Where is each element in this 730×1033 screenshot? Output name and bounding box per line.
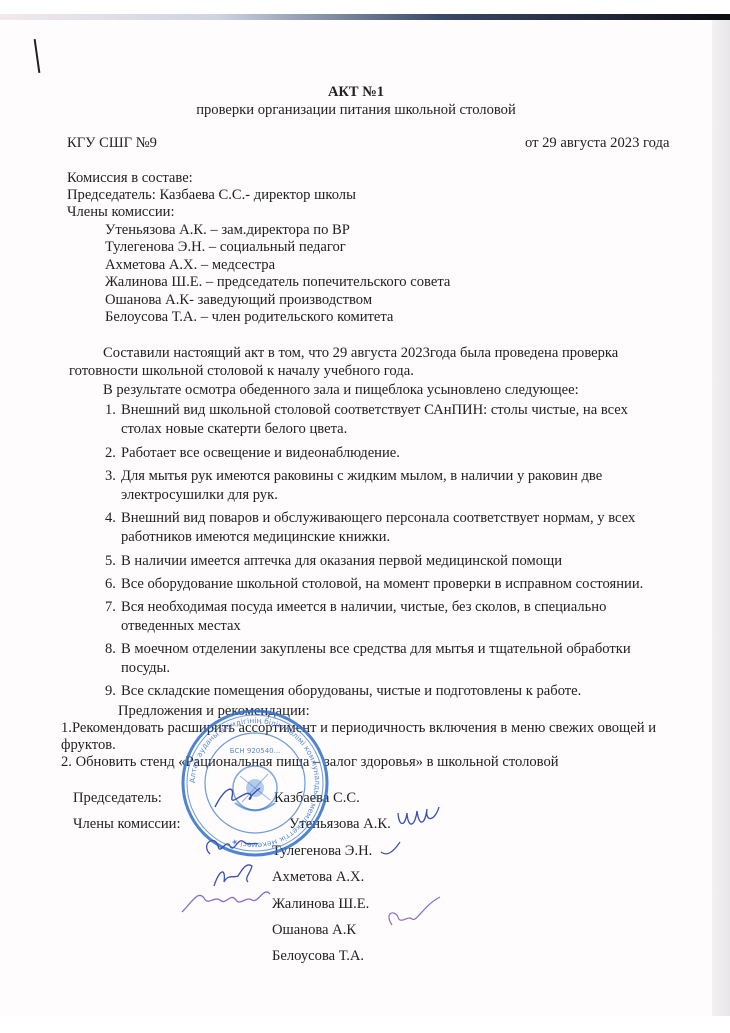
commission-heading: Комиссия в составе: (67, 169, 193, 187)
finding-text: В наличии имеется аптечка для оказания п… (121, 552, 562, 570)
svg-text:БСН 920540...: БСН 920540... (230, 747, 281, 755)
finding-text: отведенных местах (121, 617, 241, 635)
member-line: Белоусова Т.А. – член родительского коми… (105, 308, 393, 326)
finding-number: 6. (105, 575, 116, 593)
finding-text: столах новые скатерти белого цвета. (121, 420, 347, 438)
finding-text: Внешний вид школьной столовой соответств… (121, 401, 628, 419)
signature-members-label: Члены комиссии: (73, 815, 181, 833)
intro-line: готовности школьной столовой к началу уч… (69, 362, 414, 380)
signature-chairman-label: Председатель: (73, 789, 162, 807)
signature-member-name: Ошанова А.К (272, 921, 356, 939)
chairman-line: Председатель: Казбаева С.С.- директор шк… (67, 186, 356, 204)
document-date: от 29 августа 2023 года (525, 134, 669, 152)
member-line: Жалинова Ш.Е. – председатель попечительс… (105, 273, 450, 291)
recommendation-line: 1.Рекомендовать расширить ассортимент и … (61, 719, 656, 737)
organization: КГУ СШГ №9 (67, 134, 157, 152)
finding-number: 2. (105, 444, 116, 462)
member-line: Тулегенова Э.Н. – социальный педагог (105, 238, 346, 256)
member-line: Ошанова А.К- заведующий производством (105, 291, 372, 309)
finding-number: 4. (105, 509, 116, 527)
finding-text: электросушилки для рук. (121, 486, 278, 504)
signature-chairman-icon (210, 782, 270, 812)
recommendation-line: фруктов. (61, 736, 116, 754)
member-line: Утеньязова А.К. – зам.директора по ВР (105, 221, 350, 239)
signature-member-name: Ахметова А.Х. (272, 868, 364, 886)
intro-line: В результате осмотра обеденного зала и п… (103, 381, 579, 399)
signature-oshanova-icon (384, 895, 444, 935)
scan-right-edge (712, 20, 730, 1017)
finding-text: Работает все освещение и видеонаблюдение… (121, 444, 400, 462)
finding-text: Для мытья рук имеются раковины с жидким … (121, 467, 602, 485)
finding-text: Все оборудование школьной столовой, на м… (121, 575, 643, 593)
finding-number: 3. (105, 467, 116, 485)
finding-text: В моечном отделении закуплены все средст… (121, 640, 631, 658)
signature-member-name: Жалинова Ш.Е. (272, 895, 369, 913)
finding-text: посуды. (121, 659, 170, 677)
signature-member-name: Белоусова Т.А. (272, 947, 364, 965)
finding-number: 1. (105, 401, 116, 419)
intro-line: Составили настоящий акт в том, что 29 ав… (103, 344, 618, 362)
members-heading: Члены комиссии: (67, 203, 175, 221)
member-line: Ахметова А.Х. – медсестра (105, 256, 275, 274)
finding-number: 9. (105, 682, 116, 700)
finding-number: 8. (105, 640, 116, 658)
finding-text: работников имеются медицинские книжки. (121, 528, 390, 546)
signature-utenyazova-icon (395, 805, 445, 835)
signature-zhalinova-icon (178, 882, 278, 918)
finding-number: 7. (105, 598, 116, 616)
finding-number: 5. (105, 552, 116, 570)
signature-tulegenova-icon (200, 832, 260, 862)
signature-tulegenova-tick-icon (378, 838, 408, 860)
document-subtitle: проверки организации питания школьной ст… (0, 101, 712, 119)
scan-bottom-edge (0, 1016, 730, 1033)
document-title: АКТ №1 (0, 83, 712, 101)
finding-text: Вся необходимая посуда имеется в наличии… (121, 598, 606, 616)
finding-text: Все складские помещения оборудованы, чис… (121, 682, 581, 700)
finding-text: Внешний вид поваров и обслуживающего пер… (121, 509, 635, 527)
